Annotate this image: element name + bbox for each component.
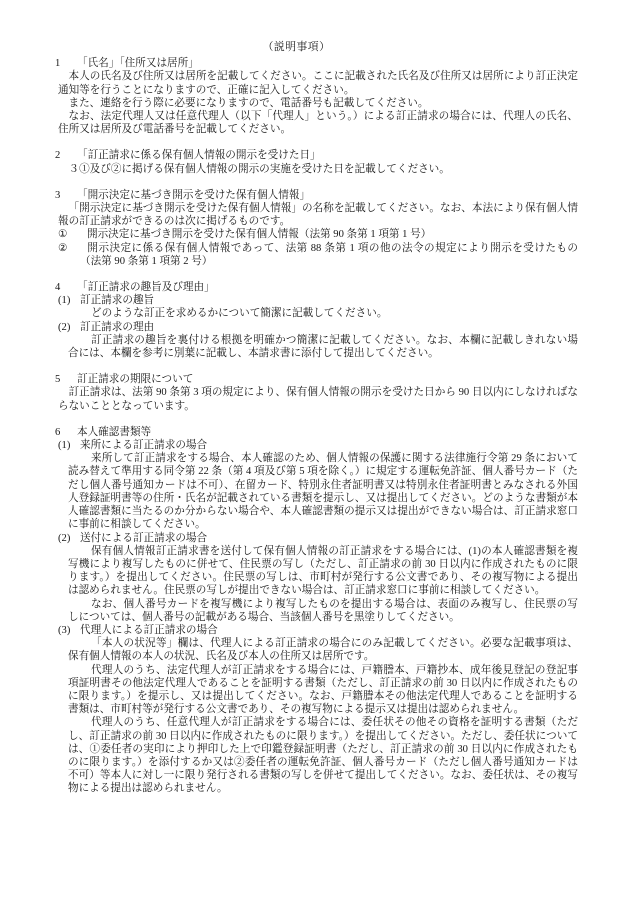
section-heading: 1「氏名」「住所又は居所」: [55, 57, 578, 70]
sub-item-label: 訂正請求の趣旨: [80, 295, 154, 306]
sub-item-heading: (1)訂正請求の趣旨: [55, 294, 578, 307]
paragraph: なお、法定代理人又は任意代理人（以下「代理人」という。）による訂正請求の場合には…: [58, 110, 578, 136]
sub-item-marker: (2): [58, 321, 80, 334]
section-heading: 4「訂正請求の趣旨及び理由」: [55, 281, 578, 294]
sub-item-label: 代理人による訂正請求の場合: [80, 625, 218, 636]
section-title: 本人確認書類等: [77, 427, 151, 438]
section-title: 「氏名」「住所又は居所」: [77, 58, 199, 69]
sub-item-heading: (2)訂正請求の理由: [55, 321, 578, 334]
paragraph: 「開示決定に基づき開示を受けた保有個人情報」の名称を記載してください。なお、本法…: [58, 202, 578, 228]
sub-item-marker: (1): [58, 294, 80, 307]
section-4: 4「訂正請求の趣旨及び理由」(1)訂正請求の趣旨どのような訂正を求めるかについて…: [55, 281, 578, 360]
sub-item-heading: (3)代理人による訂正請求の場合: [55, 624, 578, 637]
item-marker: ①: [58, 228, 87, 241]
section-heading: 5訂正請求の期限について: [55, 373, 578, 386]
sub-paragraph: どのような訂正を求めるかについて簡潔に記載してください。: [68, 307, 578, 320]
sub-item-marker: (2): [58, 532, 80, 545]
sub-paragraph: 「本人の状況等」欄は、代理人による訂正請求の場合にのみ記載してください。必要な記…: [68, 637, 578, 663]
document-page: （説明事項） 1「氏名」「住所又は居所」本人の氏名及び住所又は居所を記載してくだ…: [0, 0, 630, 903]
sub-paragraph: 来所して訂正請求をする場合、本人確認のため、個人情報の保護に関する法律施行令第 …: [68, 452, 578, 531]
numbered-item: ①開示決定に基づき開示を受けた保有個人情報（法第 90 条第 1 項第 1 号）: [55, 228, 578, 241]
section-heading: 3「開示決定に基づき開示を受けた保有個人情報」: [55, 189, 578, 202]
section-number: 4: [55, 281, 77, 294]
item-marker: ②: [58, 242, 87, 255]
section-title: 訂正請求の期限について: [77, 374, 193, 385]
paragraph: ３①及び②に掲げる保有個人情報の開示の実施を受けた日を記載してください。: [58, 163, 578, 176]
sub-item-heading: (2)送付による訂正請求の場合: [55, 532, 578, 545]
paragraph: 訂正請求は、法第 90 条第 3 項の規定により、保有個人情報の開示を受けた日か…: [58, 386, 578, 412]
item-text: 開示決定に係る保有個人情報であって、法第 88 条第 1 項の他の法令の規定によ…: [80, 243, 578, 267]
item-text: 開示決定に基づき開示を受けた保有個人情報（法第 90 条第 1 項第 1 号）: [87, 229, 431, 240]
section-title: 「訂正請求の趣旨及び理由」: [77, 282, 215, 293]
section-number: 3: [55, 189, 77, 202]
sections-container: 1「氏名」「住所又は居所」本人の氏名及び住所又は居所を記載してください。ここに記…: [55, 57, 578, 795]
section-title: 「開示決定に基づき開示を受けた保有個人情報」: [77, 190, 310, 201]
section-number: 1: [55, 57, 77, 70]
section-1: 1「氏名」「住所又は居所」本人の氏名及び住所又は居所を記載してください。ここに記…: [55, 57, 578, 136]
section-heading: 6本人確認書類等: [55, 426, 578, 439]
sub-item-label: 訂正請求の理由: [80, 322, 154, 333]
sub-paragraph: 代理人のうち、法定代理人が訂正請求をする場合には、戸籍謄本、戸籍抄本、成年後見登…: [68, 664, 578, 717]
paragraph: 本人の氏名及び住所又は居所を記載してください。ここに記載された氏名及び住所又は居…: [58, 70, 578, 96]
section-number: 2: [55, 149, 77, 162]
paragraph: また、連絡を行う際に必要になりますので、電話番号も記載してください。: [58, 97, 578, 110]
sub-paragraph: 代理人のうち、任意代理人が訂正請求をする場合には、委任状その他その資格を証明する…: [68, 716, 578, 795]
page-title: （説明事項）: [55, 41, 538, 54]
sub-paragraph: なお、個人番号カードを複写機により複写したものを提出する場合は、表面のみ複写し、…: [68, 598, 578, 624]
sub-item-label: 来所による訂正請求の場合: [80, 440, 207, 451]
section-6: 6本人確認書類等(1)来所による訂正請求の場合来所して訂正請求をする場合、本人確…: [55, 426, 578, 796]
sub-paragraph: 訂正請求の趣旨を裏付ける根拠を明確かつ簡潔に記載してください。なお、本欄に記載し…: [68, 334, 578, 360]
section-3: 3「開示決定に基づき開示を受けた保有個人情報」「開示決定に基づき開示を受けた保有…: [55, 189, 578, 268]
numbered-item: ②開示決定に係る保有個人情報であって、法第 88 条第 1 項の他の法令の規定に…: [55, 242, 578, 268]
sub-item-marker: (3): [58, 624, 80, 637]
sub-paragraph: 保有個人情報訂正請求書を送付して保有個人情報の訂正請求をする場合には、(1)の本…: [68, 545, 578, 598]
section-number: 6: [55, 426, 77, 439]
section-title: 「訂正請求に係る保有個人情報の開示を受けた日」: [77, 150, 321, 161]
sub-item-heading: (1)来所による訂正請求の場合: [55, 439, 578, 452]
sub-item-label: 送付による訂正請求の場合: [80, 533, 207, 544]
section-5: 5訂正請求の期限について訂正請求は、法第 90 条第 3 項の規定により、保有個…: [55, 373, 578, 413]
section-number: 5: [55, 373, 77, 386]
section-2: 2「訂正請求に係る保有個人情報の開示を受けた日」３①及び②に掲げる保有個人情報の…: [55, 149, 578, 175]
section-heading: 2「訂正請求に係る保有個人情報の開示を受けた日」: [55, 149, 578, 162]
sub-item-marker: (1): [58, 439, 80, 452]
